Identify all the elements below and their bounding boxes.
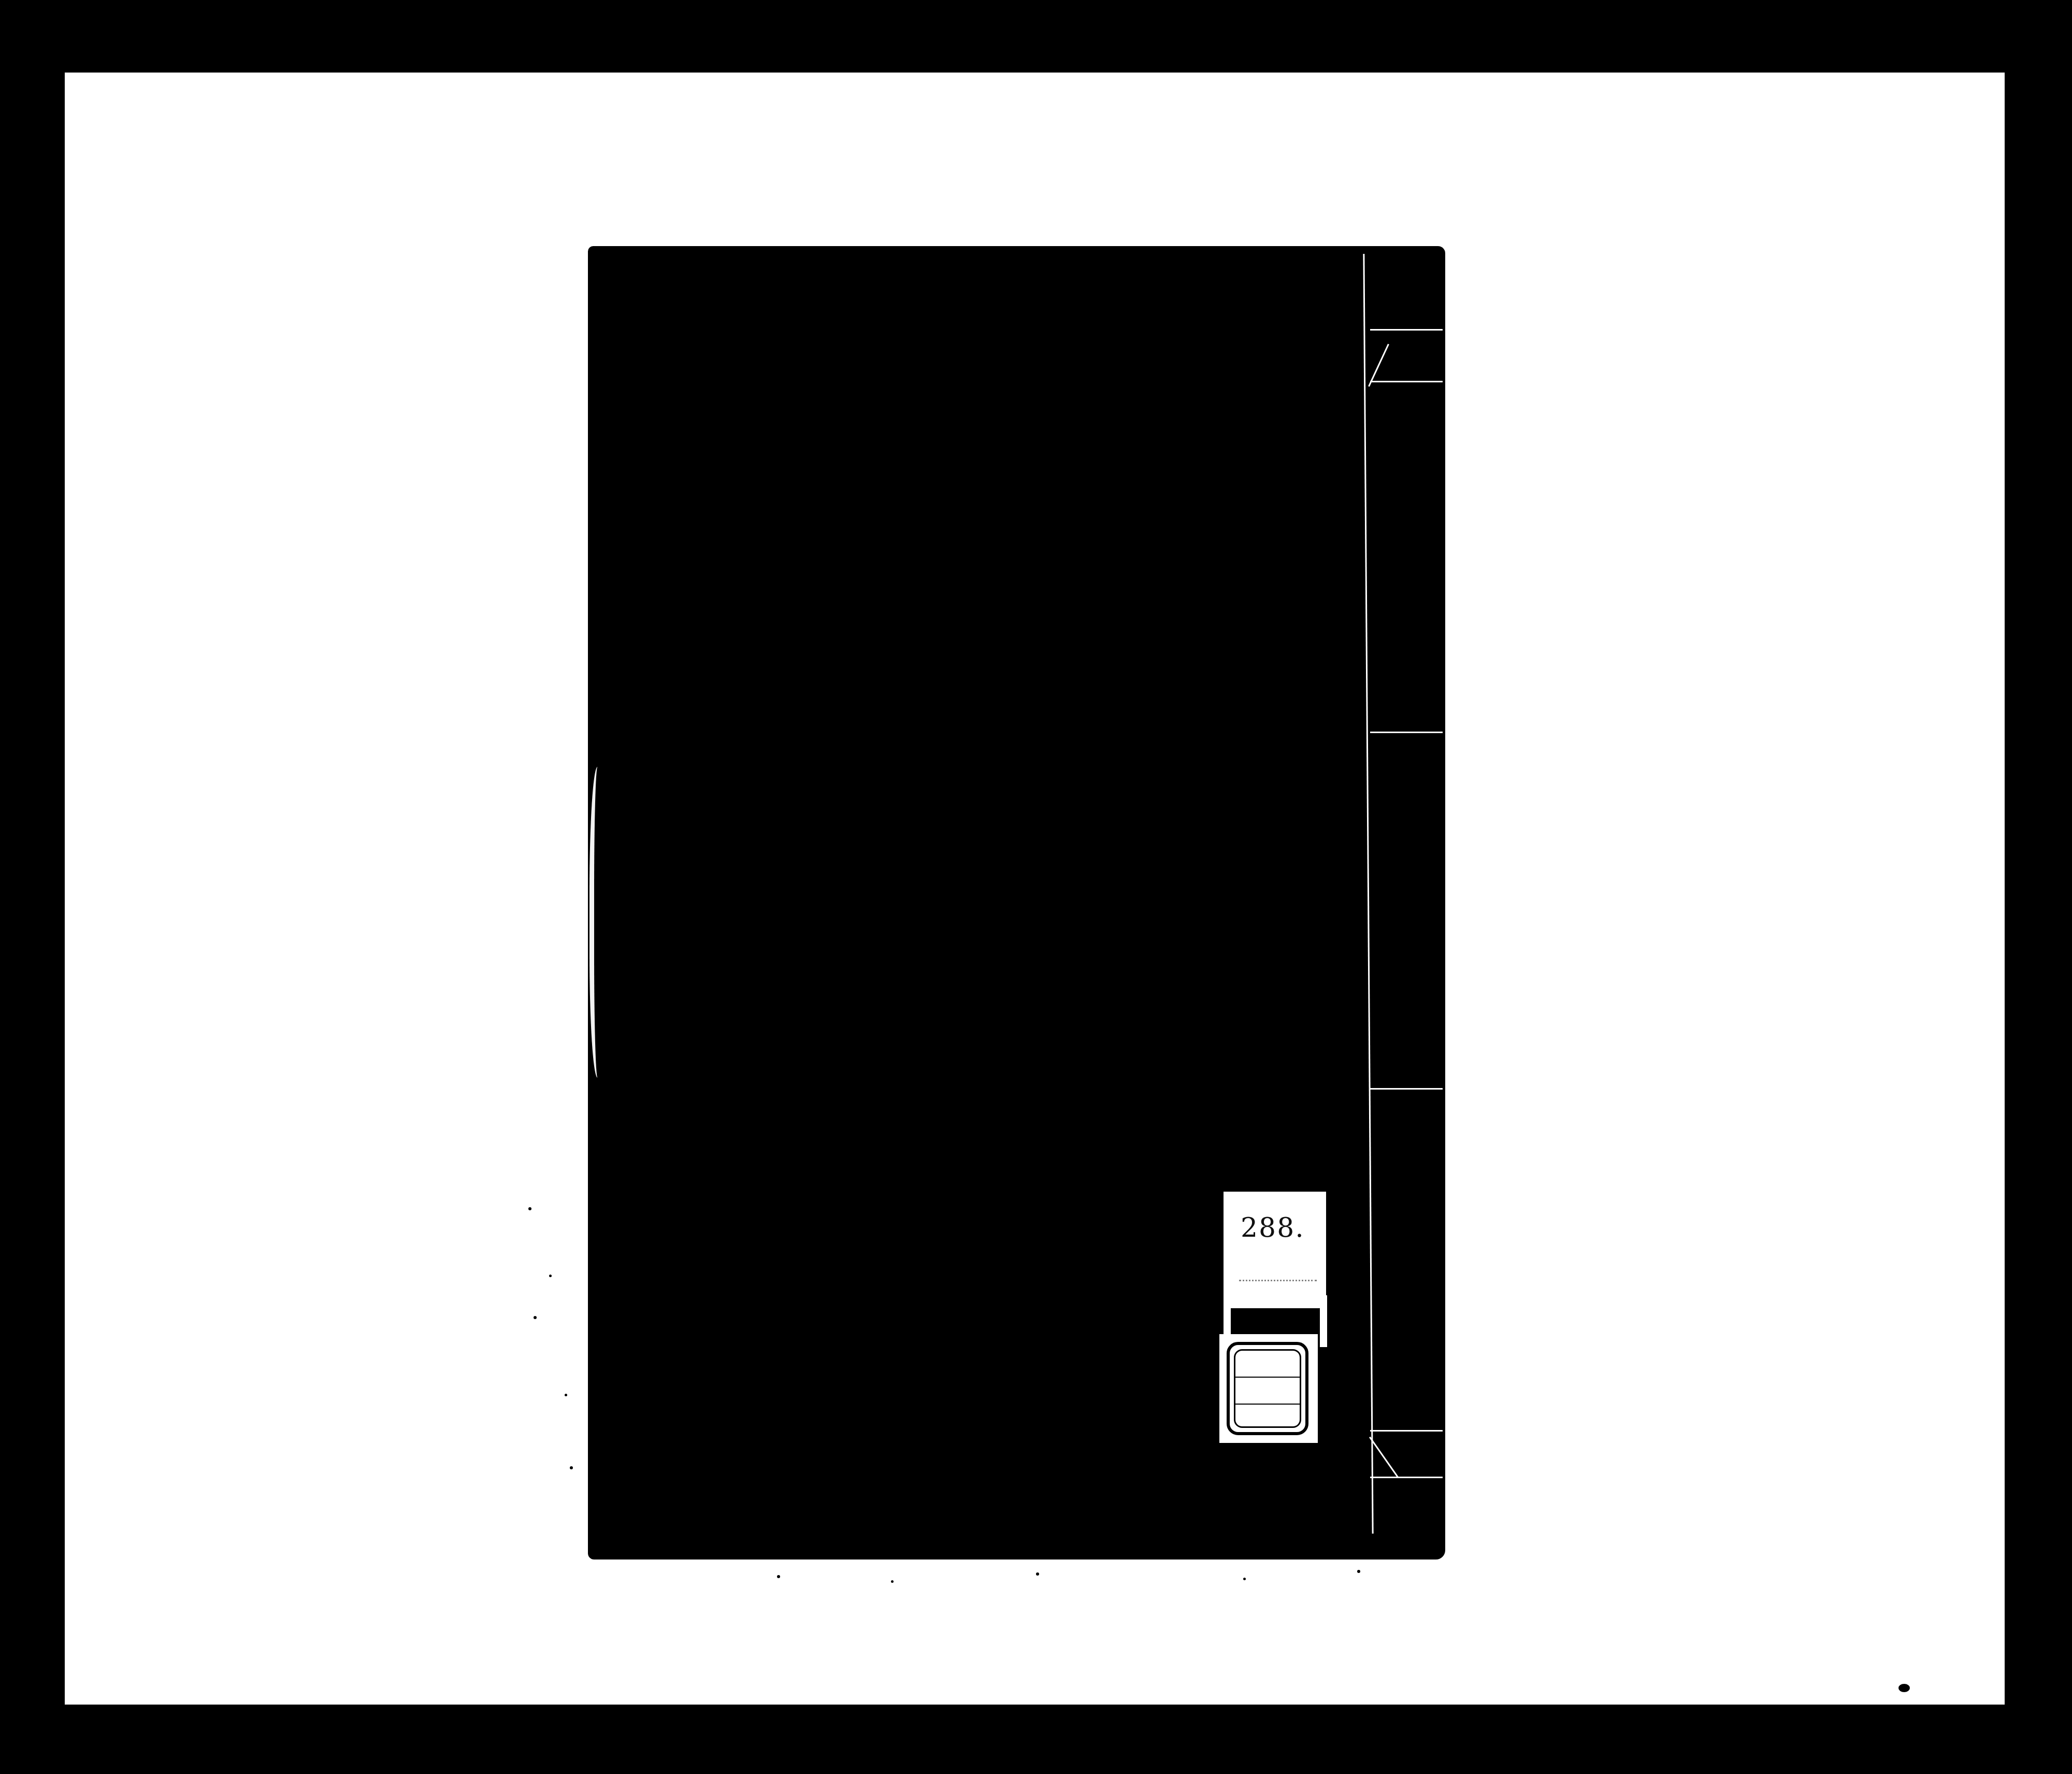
- bookplate-outer-frame: [1227, 1342, 1308, 1435]
- spine-stitch: [1370, 1088, 1443, 1090]
- scan-speck: [777, 1575, 780, 1578]
- book-fore-edge: [589, 767, 610, 1078]
- bookplate-rule: [1235, 1377, 1300, 1378]
- spine-stitch: [1370, 1477, 1443, 1478]
- scan-speck: [565, 1394, 567, 1396]
- spine-stitch: [1370, 732, 1443, 733]
- spine-stitch: [1370, 329, 1443, 331]
- bookplate-inner-frame: [1234, 1349, 1301, 1428]
- scan-speck: [534, 1316, 537, 1319]
- scan-speck: [1119, 1446, 1121, 1448]
- scan-speck: [549, 1275, 552, 1277]
- bookplate-rule: [1235, 1404, 1300, 1405]
- scan-speck: [528, 1207, 531, 1210]
- scan-speck: [1357, 1570, 1360, 1573]
- scan-speck: [1243, 1578, 1246, 1580]
- call-number-secondary-text: [1239, 1264, 1317, 1281]
- spine-stitch: [1370, 1430, 1443, 1432]
- bookplate-label: [1219, 1334, 1318, 1443]
- scan-speck: [1898, 1684, 1910, 1692]
- scan-speck: [1036, 1572, 1039, 1576]
- call-number-label: [1224, 1192, 1326, 1308]
- spine-stitch: [1370, 381, 1443, 382]
- scan-speck: [570, 1466, 573, 1469]
- call-number-text: 288.: [1241, 1212, 1305, 1243]
- scan-speck: [891, 1580, 894, 1583]
